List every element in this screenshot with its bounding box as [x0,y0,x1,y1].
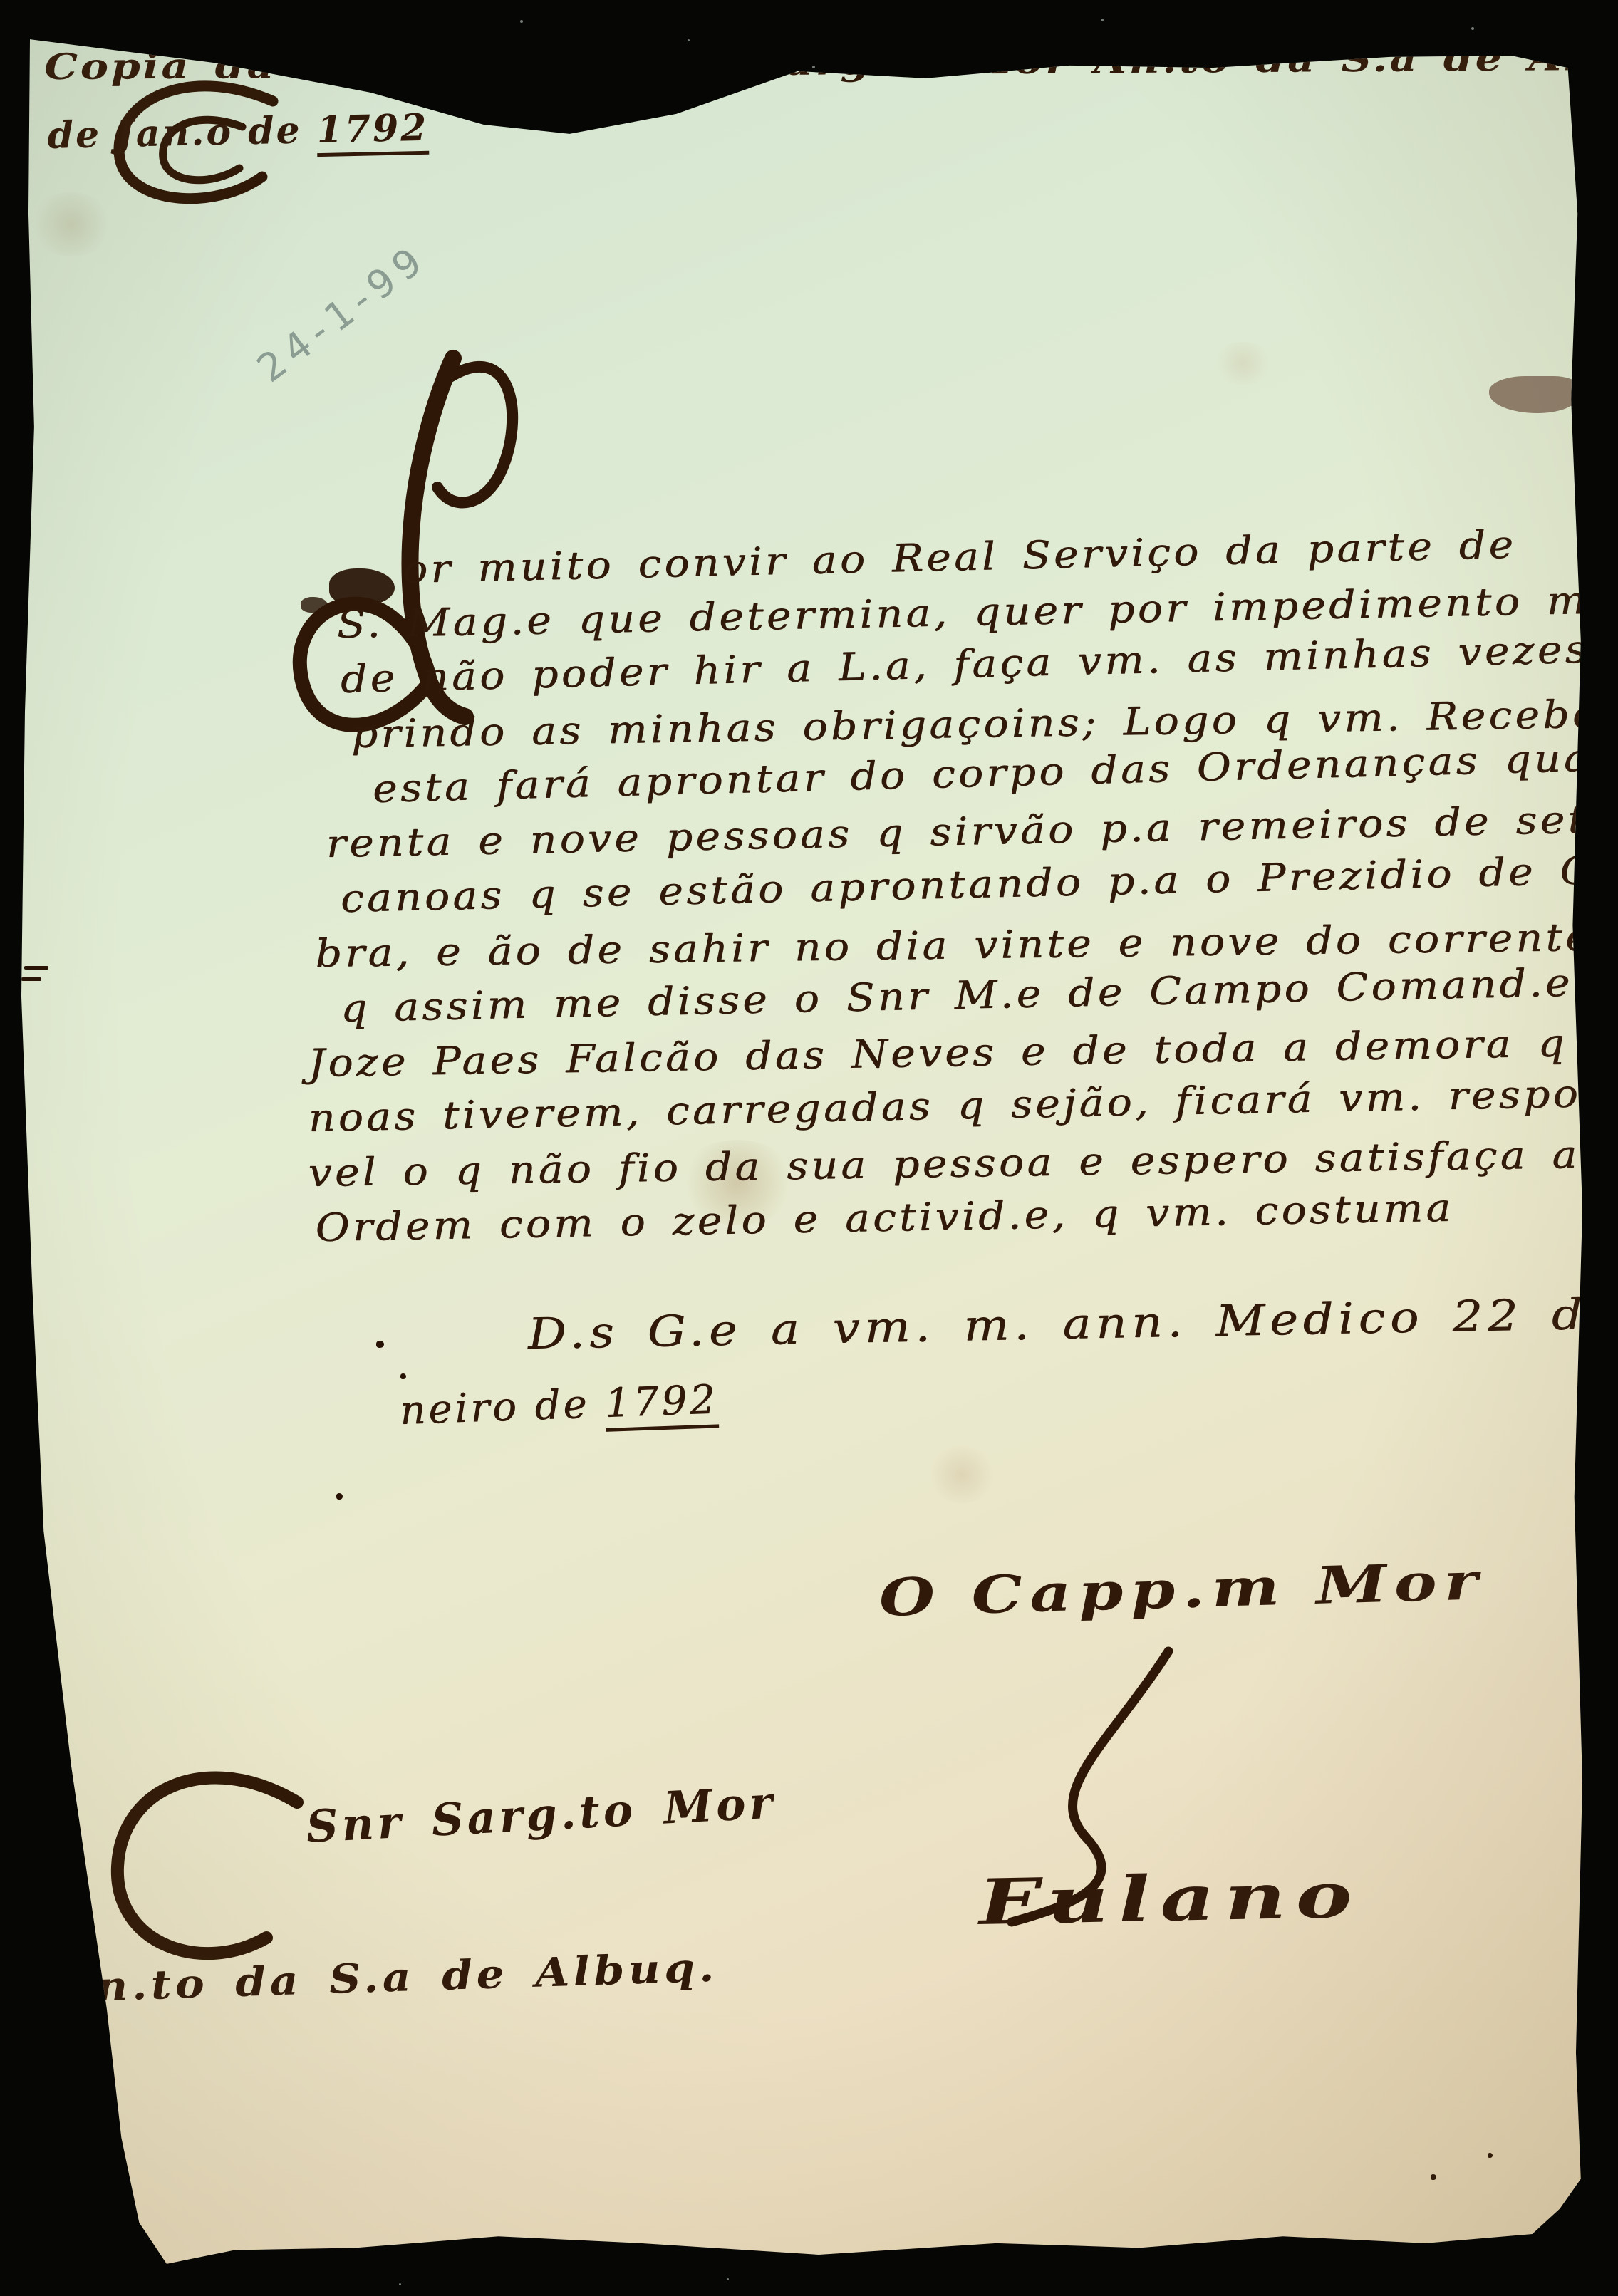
ink-speck [1431,2174,1436,2180]
body-line: prindo as minhas obrigaçoins; Logo q vm.… [351,691,1618,757]
date-underline-year: 1792 [604,1376,719,1431]
body-line: bra, e ão de sahir no dia vinte e nove d… [315,913,1618,976]
ink-blot [301,597,328,613]
body-line: Ordem com o zelo e activid.e, q vm. cost… [315,1185,1454,1250]
signature-title: O Capp.m Mor [878,1550,1486,1628]
addressee-s-flourish [80,1758,329,1993]
ink-speck [336,1493,343,1500]
body-line: noas tiverem, carregadas q sejão, ficará… [308,1069,1618,1141]
body-line: esta fará aprontar do corpo das Ordenanç… [372,735,1592,811]
addressee-line-2: An.to da S.a de Albuq. [57,1944,719,2012]
edge-smudge [1489,376,1578,413]
margin-scribble [21,977,41,981]
header-date-prefix: de Jan.o de [47,108,317,157]
header-underline-year: 1792 [316,106,429,157]
ink-speck [376,1341,384,1348]
header-c-flourish [91,57,319,221]
ink-speck [460,1982,465,1987]
stain [28,192,114,256]
signature-name: Fulano [977,1858,1363,1939]
ink-speck [400,1373,406,1379]
addressee-line-1: Snr Sarg.to Mor [305,1776,777,1852]
dust-speck [1471,27,1474,30]
date-prefix: neiro de [399,1381,606,1434]
ink-blot [329,568,395,606]
body-line: Joze Paes Falcão das Neves e de toda a d… [308,1018,1618,1086]
stain [1211,342,1275,385]
stain [677,1140,798,1225]
body-line: q assim me disse o Snr M.e de Campo Coma… [340,960,1573,1031]
dust-speck [520,20,523,23]
signature-flourish [926,1638,1240,1938]
manuscript-page: Copia da Carta escrita ao Sarg.to Mor An… [0,0,1618,2296]
body-line: or muito convir ao Real Serviço da parte… [402,522,1517,592]
body-line: de não poder hir a L.a, faça vm. as minh… [340,623,1618,702]
initial-flourish-p [284,333,526,775]
ink-speck [1488,2153,1493,2158]
date-line: neiro de 1792 [399,1376,719,1434]
dust-speck [812,66,815,68]
body-line: vel o q não fio da sua pessoa e espero s… [308,1131,1618,1195]
body-line: canoas q se estão aprontando p.a o Prezi… [340,846,1618,921]
header-line-1: Copia da Carta escrita ao Sarg.to Mor An… [44,35,1618,88]
body-line: renta e nove pessoas q sirvão p.a remeir… [326,796,1616,866]
dust-speck [399,2283,401,2285]
dust-speck [688,39,690,41]
dust-speck [1101,19,1104,21]
header-line-2: de Jan.o de 1792 [47,106,429,157]
photo-stage: Copia da Carta escrita ao Sarg.to Mor An… [0,0,1618,2296]
body-line: S. Mag.e que determina, quer por impedim… [336,576,1618,647]
margin-scribble [24,966,48,970]
valediction-line: D.s G.e a vm. m. ann. Medico 22 de Ja [527,1287,1618,1359]
pencil-archival-note: 24-1-99 [249,235,435,391]
letter-body: or muito convir ao Real Serviço da parte… [308,547,1604,1302]
stain [926,1446,997,1503]
dust-speck [727,2278,729,2280]
